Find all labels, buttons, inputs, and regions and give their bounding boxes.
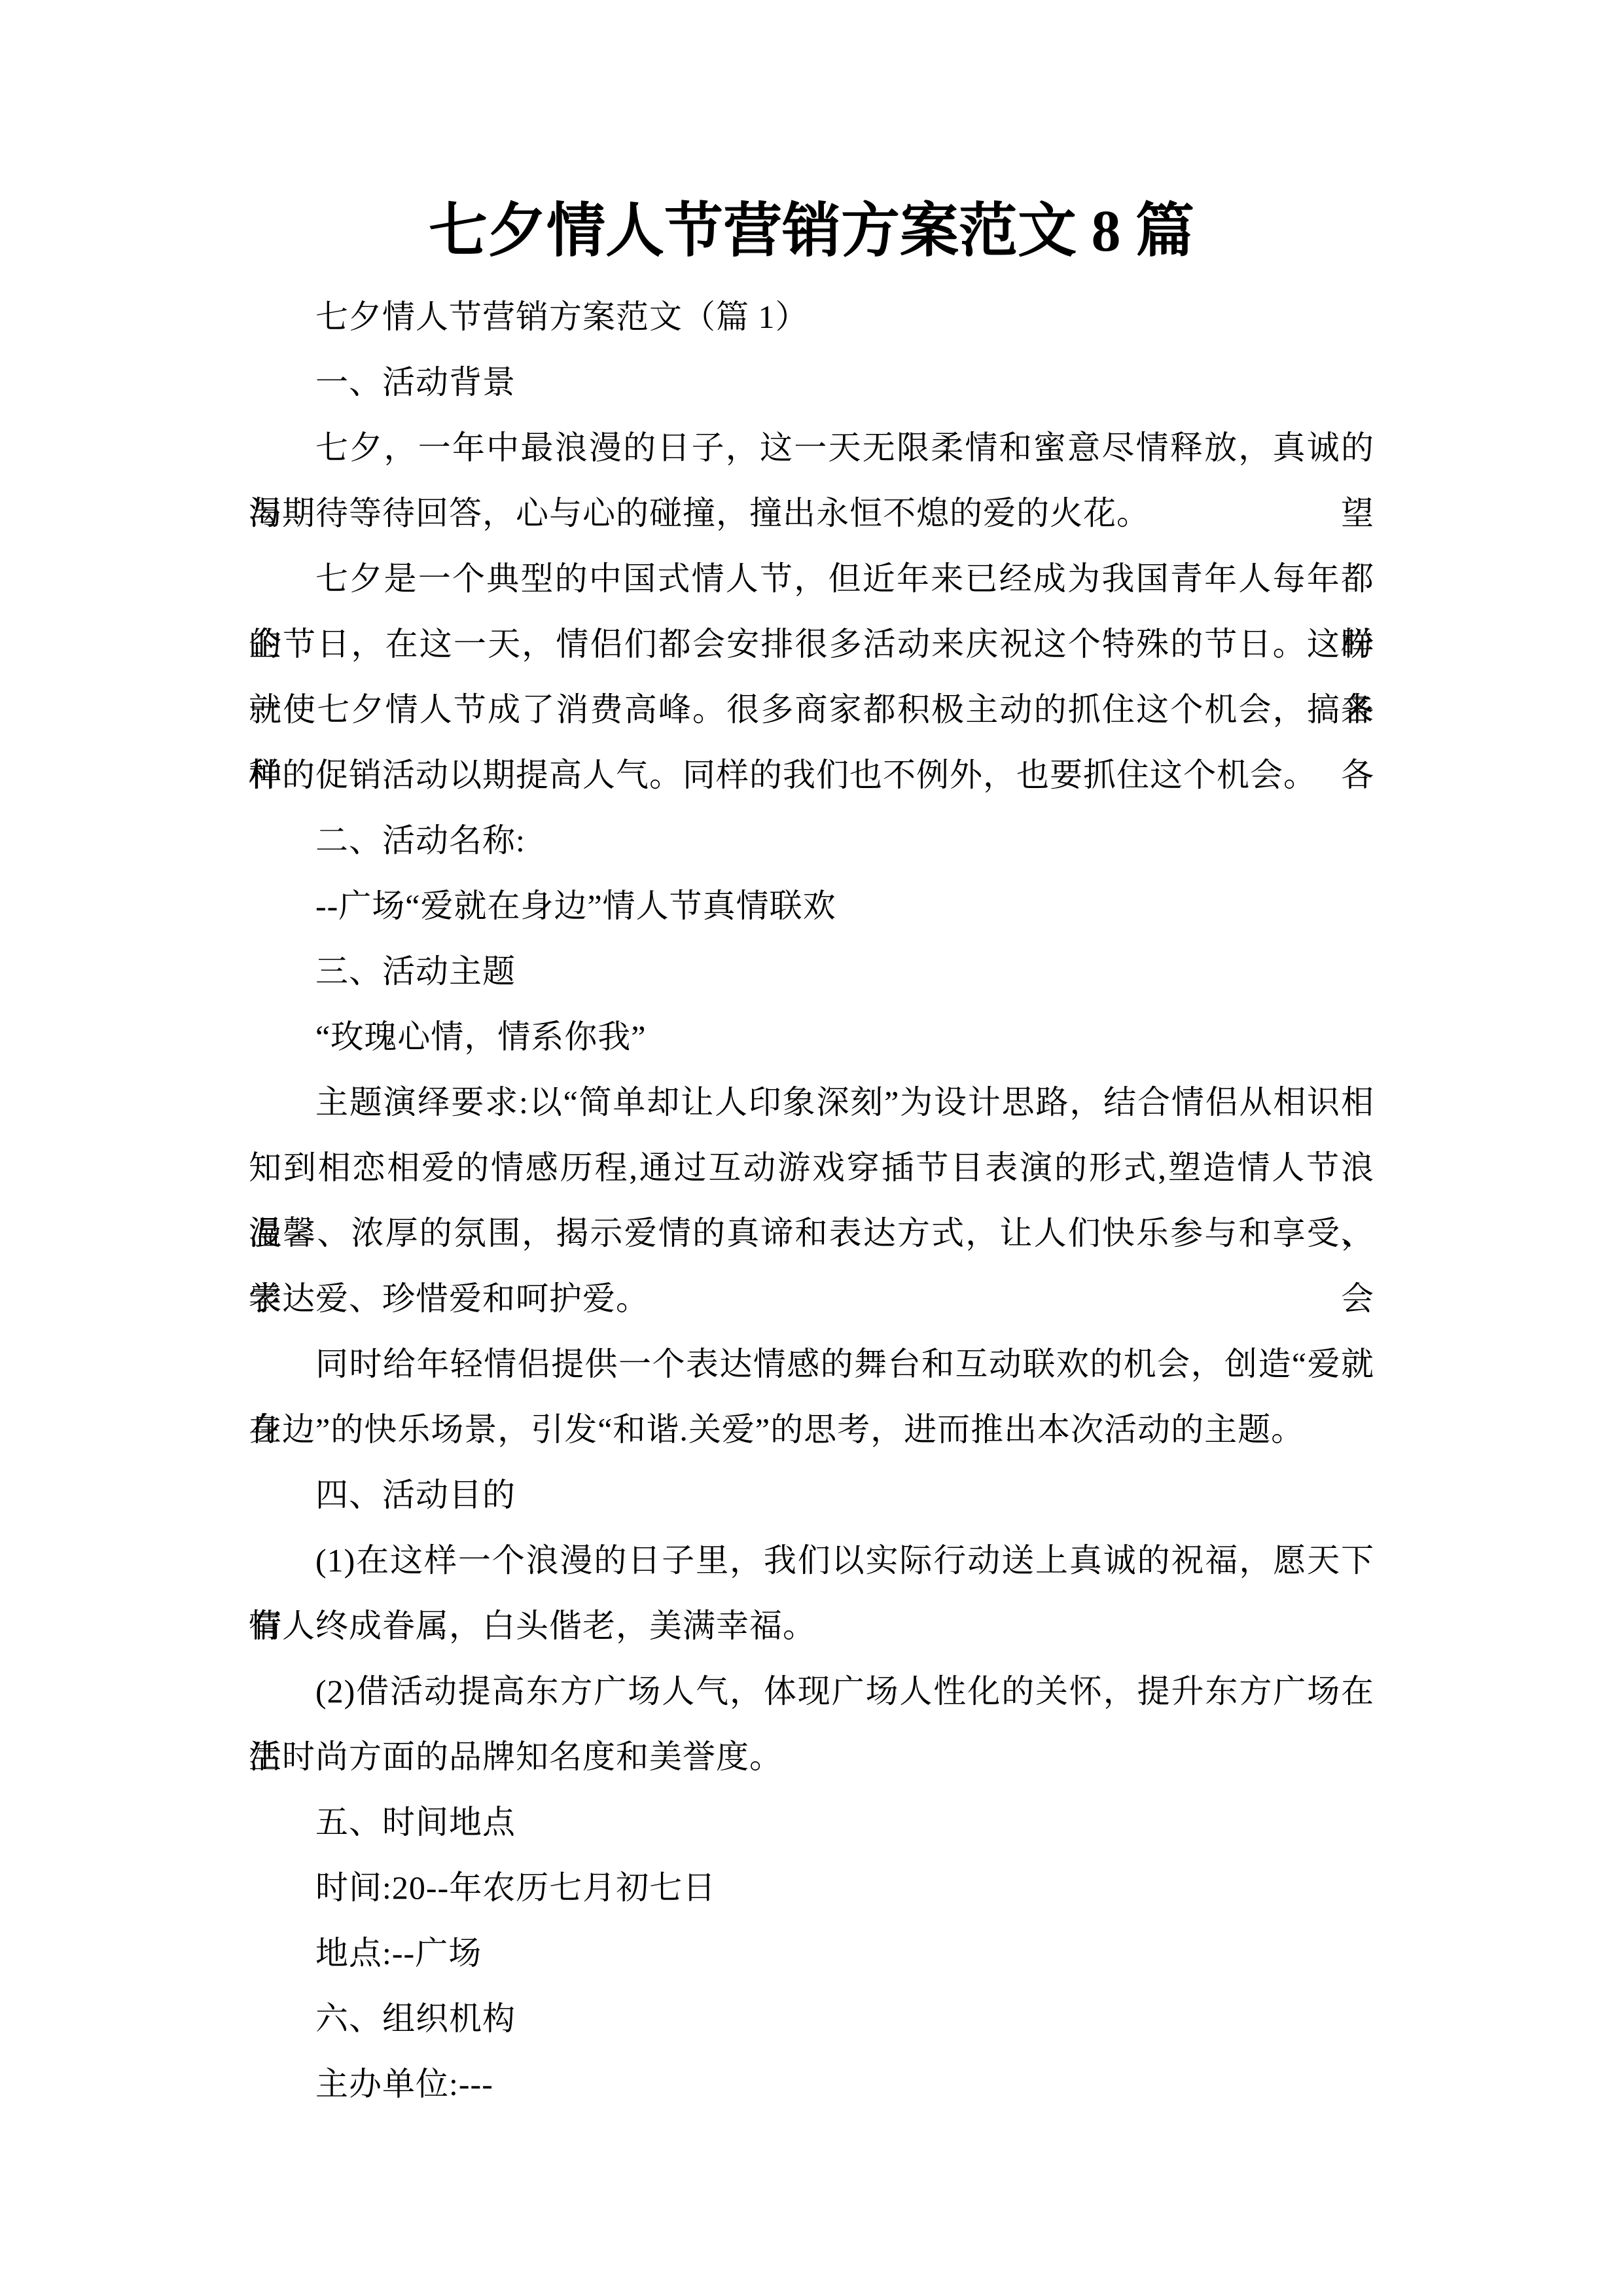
document-page: 七夕情人节营销方案范文 8 篇 七夕情人节营销方案范文（篇 1）一、活动背景七夕… — [0, 0, 1623, 2296]
paragraph: 五、时间地点 — [249, 1789, 1374, 1855]
text-line: 地点:--广场 — [249, 1920, 1374, 1986]
text-line: “玫瑰心情，情系你我” — [249, 1004, 1374, 1069]
text-line: 情人终成眷属，白头偕老，美满幸福。 — [249, 1593, 1374, 1659]
text-line: 时间:20--年农历七月初七日 — [249, 1855, 1374, 1920]
text-line: 五、时间地点 — [249, 1789, 1374, 1855]
text-line: 七夕情人节营销方案范文（篇 1） — [249, 284, 1374, 350]
paragraph: --广场“爱就在身边”情人节真情联欢 — [249, 873, 1374, 939]
paragraph: 七夕是一个典型的中国式情人节，但近年来已经成为我国青年人每年都企盼的节日，在这一… — [249, 546, 1374, 808]
paragraph: “玫瑰心情，情系你我” — [249, 1004, 1374, 1069]
page-title: 七夕情人节营销方案范文 8 篇 — [249, 0, 1374, 272]
text-line: (2)借活动提高东方广场人气，体现广场人性化的关怀，提升东方广场在生 — [249, 1659, 1374, 1724]
page-content: 七夕情人节营销方案范文 8 篇 七夕情人节营销方案范文（篇 1）一、活动背景七夕… — [0, 0, 1623, 2117]
text-line: 六、组织机构 — [249, 1986, 1374, 2051]
paragraph: 六、组织机构 — [249, 1986, 1374, 2051]
text-line: 温馨、浓厚的氛围，揭示爱情的真谛和表达方式，让人们快乐参与和享受，学会 — [249, 1200, 1374, 1266]
text-line: 一、活动背景 — [249, 350, 1374, 415]
document-body: 七夕情人节营销方案范文（篇 1）一、活动背景七夕，一年中最浪漫的日子，这一天无限… — [249, 284, 1374, 2117]
text-line: 样的促销活动以期提高人气。同样的我们也不例外，也要抓住这个机会。 — [249, 742, 1374, 808]
text-line: 四、活动目的 — [249, 1462, 1374, 1528]
paragraph: 七夕情人节营销方案范文（篇 1） — [249, 284, 1374, 350]
text-line: 三、活动主题 — [249, 939, 1374, 1004]
paragraph: 二、活动名称: — [249, 808, 1374, 873]
paragraph: 七夕，一年中最浪漫的日子，这一天无限柔情和蜜意尽情释放，真诚的渴望与期待等待回答… — [249, 415, 1374, 546]
text-line: 知到相恋相爱的情感历程,通过互动游戏穿插节目表演的形式,塑造情人节浪漫、 — [249, 1135, 1374, 1200]
paragraph: 一、活动背景 — [249, 350, 1374, 415]
text-line: 就使七夕情人节成了消费高峰。很多商家都积极主动的抓住这个机会，搞各种各 — [249, 677, 1374, 742]
text-line: 身边”的快乐场景，引发“和谐.关爱”的思考，进而推出本次活动的主题。 — [249, 1397, 1374, 1462]
paragraph: 主办单位:--- — [249, 2051, 1374, 2117]
paragraph: 地点:--广场 — [249, 1920, 1374, 1986]
paragraph: 主题演绎要求:以“简单却让人印象深刻”为设计思路，结合情侣从相识相知到相恋相爱的… — [249, 1069, 1374, 1331]
paragraph: 三、活动主题 — [249, 939, 1374, 1004]
text-line: 的节日，在这一天，情侣们都会安排很多活动来庆祝这个特殊的节日。这样一来 — [249, 611, 1374, 677]
paragraph: 时间:20--年农历七月初七日 — [249, 1855, 1374, 1920]
text-line: 主办单位:--- — [249, 2051, 1374, 2117]
text-line: 主题演绎要求:以“简单却让人印象深刻”为设计思路，结合情侣从相识相 — [249, 1069, 1374, 1135]
text-line: 七夕是一个典型的中国式情人节，但近年来已经成为我国青年人每年都企盼 — [249, 546, 1374, 611]
paragraph: (2)借活动提高东方广场人气，体现广场人性化的关怀，提升东方广场在生活时尚方面的… — [249, 1659, 1374, 1789]
text-line: (1)在这样一个浪漫的日子里，我们以实际行动送上真诚的祝福，愿天下有 — [249, 1528, 1374, 1593]
paragraph: 同时给年轻情侣提供一个表达情感的舞台和互动联欢的机会，创造“爱就在身边”的快乐场… — [249, 1331, 1374, 1462]
text-line: --广场“爱就在身边”情人节真情联欢 — [249, 873, 1374, 939]
text-line: 七夕，一年中最浪漫的日子，这一天无限柔情和蜜意尽情释放，真诚的渴望 — [249, 415, 1374, 480]
text-line: 同时给年轻情侣提供一个表达情感的舞台和互动联欢的机会，创造“爱就在 — [249, 1331, 1374, 1397]
paragraph: 四、活动目的 — [249, 1462, 1374, 1528]
paragraph: (1)在这样一个浪漫的日子里，我们以实际行动送上真诚的祝福，愿天下有情人终成眷属… — [249, 1528, 1374, 1659]
text-line: 二、活动名称: — [249, 808, 1374, 873]
text-line: 活时尚方面的品牌知名度和美誉度。 — [249, 1724, 1374, 1789]
